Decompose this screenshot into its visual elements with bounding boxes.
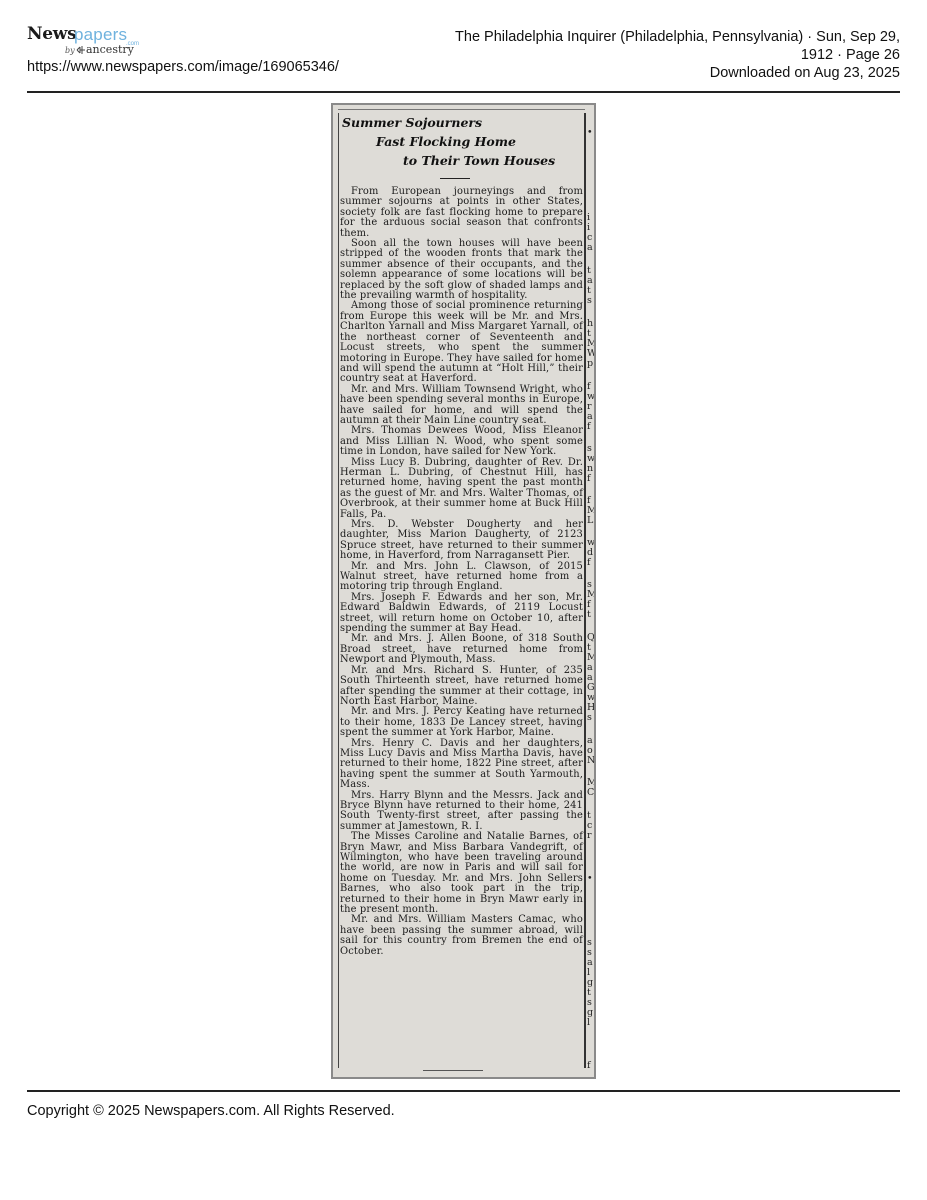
logo-by-label: by xyxy=(65,46,75,55)
fragment-glyph: r xyxy=(587,830,592,841)
article-paragraph: Mrs. Joseph F. Edwards and her son, Mr. … xyxy=(340,593,583,635)
ancestry-leaf-icon xyxy=(76,45,86,55)
newspapers-logo[interactable]: News papers .com by ancestry xyxy=(27,24,147,60)
fragment-glyph: f xyxy=(587,1060,591,1071)
copyright-notice: Copyright © 2025 Newspapers.com. All Rig… xyxy=(27,1103,395,1119)
publication-info: The Philadelphia Inquirer (Philadelphia,… xyxy=(455,28,900,82)
logo-ancestry: ancestry xyxy=(86,43,134,56)
article-paragraph: Mrs. D. Webster Dougherty and her daught… xyxy=(340,520,583,562)
fragment-glyph: f xyxy=(587,473,591,484)
footer-divider xyxy=(27,1090,900,1092)
article-paragraph: Mrs. Thomas Dewees Wood, Miss Eleanor an… xyxy=(340,426,583,457)
headline-line-2: Fast Flocking Home xyxy=(340,132,583,151)
article-paragraph: From European journeyings and from summe… xyxy=(340,187,583,239)
download-date: Downloaded on Aug 23, 2025 xyxy=(455,64,900,82)
article-paragraph: Mr. and Mrs. J. Allen Boone, of 318 Sout… xyxy=(340,634,583,665)
column-top-rule xyxy=(338,109,585,110)
article-paragraph: Miss Lucy B. Dubring, daughter of Rev. D… xyxy=(340,458,583,520)
article-paragraph: Soon all the town houses will have been … xyxy=(340,239,583,301)
page-header: News papers .com by ancestry https://www… xyxy=(27,24,900,90)
article: Summer Sojourners Fast Flocking Home to … xyxy=(340,113,583,957)
adjacent-column-fragment: •iicatatshtMWpfwrafswnffMLwdfsMftQtMaaGw… xyxy=(586,105,596,1079)
fragment-glyph: l xyxy=(587,1017,590,1028)
publication-title-date: The Philadelphia Inquirer (Philadelphia,… xyxy=(455,28,900,46)
article-paragraph: Mrs. Henry C. Davis and her daughters, M… xyxy=(340,739,583,791)
fragment-glyph: L xyxy=(587,515,593,526)
newspaper-clipping: Summer Sojourners Fast Flocking Home to … xyxy=(331,103,596,1079)
fragment-glyph: N xyxy=(587,755,595,766)
fragment-glyph: • xyxy=(587,873,593,884)
article-paragraph: Mr. and Mrs. Richard S. Hunter, of 235 S… xyxy=(340,666,583,708)
article-end-rule xyxy=(423,1070,483,1071)
article-paragraph: Mr. and Mrs. John L. Clawson, of 2015 Wa… xyxy=(340,562,583,593)
article-paragraph: The Misses Caroline and Natalie Barnes, … xyxy=(340,832,583,915)
fragment-glyph: t xyxy=(587,609,591,620)
fragment-glyph: a xyxy=(587,242,593,253)
article-paragraph: Mr. and Mrs. William Townsend Wright, wh… xyxy=(340,385,583,427)
publication-year-page: 1912 · Page 26 xyxy=(455,46,900,64)
article-paragraph: Mr. and Mrs. J. Percy Keating have retur… xyxy=(340,707,583,738)
article-paragraph: Mr. and Mrs. William Masters Camac, who … xyxy=(340,915,583,957)
article-body: From European journeyings and from summe… xyxy=(340,187,583,957)
headline-line-3: to Their Town Houses xyxy=(340,151,583,170)
image-url[interactable]: https://www.newspapers.com/image/1690653… xyxy=(27,59,339,75)
column-rule-left xyxy=(338,113,339,1068)
fragment-glyph: C xyxy=(587,787,594,798)
logo-wordmark-news: News xyxy=(27,24,76,44)
headline-line-1: Summer Sojourners xyxy=(340,113,583,132)
article-paragraph: Among those of social prominence returni… xyxy=(340,301,583,384)
fragment-glyph: s xyxy=(587,712,592,723)
article-paragraph: Mrs. Harry Blynn and the Messrs. Jack an… xyxy=(340,791,583,833)
fragment-glyph: p xyxy=(587,358,593,369)
fragment-glyph: f xyxy=(587,421,591,432)
fragment-glyph: f xyxy=(587,557,591,568)
headline-divider xyxy=(440,178,470,179)
article-headline: Summer Sojourners Fast Flocking Home to … xyxy=(340,113,583,170)
header-divider xyxy=(27,91,900,93)
fragment-glyph: s xyxy=(587,295,592,306)
logo-wordmark-papers: papers xyxy=(74,25,127,45)
fragment-glyph: • xyxy=(587,127,593,138)
